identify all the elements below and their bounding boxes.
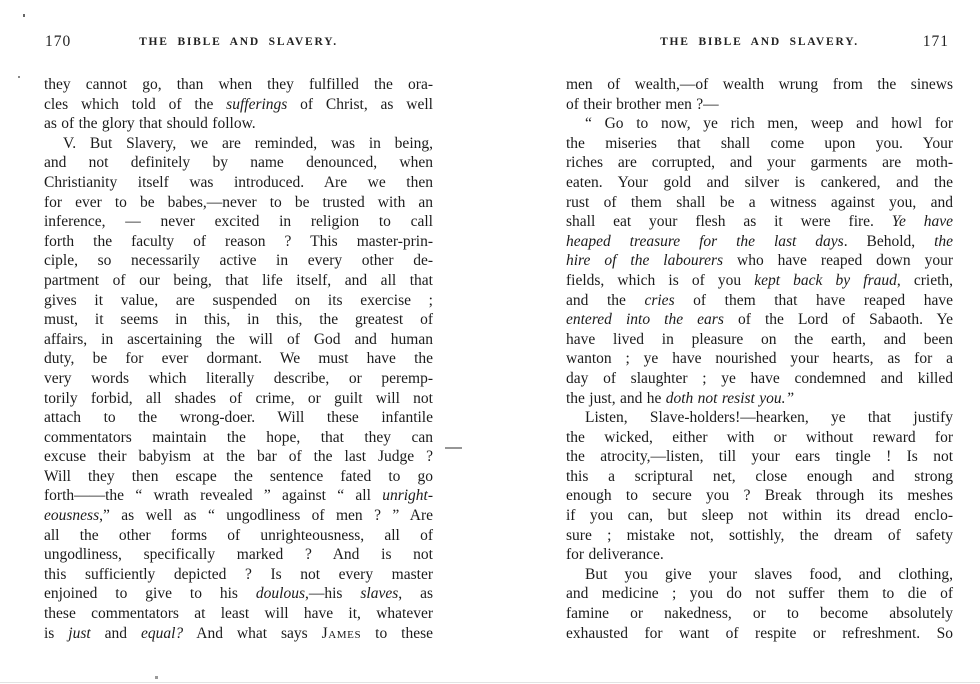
text-segment: enough to secure you ? Break through its…	[566, 487, 953, 504]
text-line: very words which literally describe, or …	[44, 369, 433, 389]
text-segment: if you can, but sleep not within its dre…	[566, 507, 953, 524]
scan-artifact-speck	[23, 14, 25, 17]
page-number-left: 170	[45, 33, 71, 51]
text-line: partment of our being, that life itself,…	[44, 271, 433, 291]
text-segment: fields, which is of you	[566, 272, 754, 289]
paragraph: “ Go to now, ye rich men, weep and howl …	[566, 114, 953, 408]
text-line: But you give your slaves food, and cloth…	[566, 565, 953, 585]
scan-artifact-gutter-dash	[445, 447, 462, 449]
text-segment: for ever to be babes,—never to be truste…	[44, 194, 433, 211]
text-segment: V. But Slavery, we are reminded, was in …	[63, 135, 433, 152]
text-segment: attach to the wrong-doer. Will these inf…	[44, 409, 433, 426]
text-line: shall eat your flesh as it were fire. Ye…	[566, 212, 953, 232]
text-line: sure ; mistake not, sottishly, the dream…	[566, 526, 953, 546]
text-line: for ever to be babes,—never to be truste…	[44, 193, 433, 213]
page-header-right: THE BIBLE AND SLAVERY. 171	[566, 36, 953, 53]
text-segment: of Christ, as well	[287, 96, 433, 113]
italic-text: unright-	[382, 487, 433, 504]
text-line: enjoined to give to his doulous,—his sla…	[44, 584, 433, 604]
text-line: commentators maintain the hope, that the…	[44, 428, 433, 448]
text-line: forth the faculty of reason ? This maste…	[44, 232, 433, 252]
italic-text: cries	[644, 292, 674, 309]
italic-text: kept back by fraud	[754, 272, 897, 289]
text-line: excuse their babyism at the bar of the l…	[44, 447, 433, 467]
text-segment: exhausted for want of respite or refresh…	[566, 625, 953, 642]
text-segment: eaten. Your gold and silver is cankered,…	[566, 174, 953, 191]
scan-artifact-speck	[18, 76, 20, 78]
book-spread: 170 THE BIBLE AND SLAVERY. they cannot g…	[0, 0, 980, 684]
italic-text: entered into the ears	[566, 311, 724, 328]
text-segment: and	[91, 625, 141, 642]
italic-text: doulous	[256, 585, 305, 602]
text-segment: But you give your slaves food, and cloth…	[585, 566, 953, 583]
text-segment: famine or nakedness, or to become absolu…	[566, 605, 953, 622]
text-segment: inference, — never excited in religion t…	[44, 213, 433, 230]
text-line: “ Go to now, ye rich men, weep and howl …	[566, 114, 953, 134]
text-segment: forth the faculty of reason ? This maste…	[44, 233, 433, 250]
text-line: of their brother men ?—	[566, 95, 953, 115]
text-line: affairs, in ascertaining the will of God…	[44, 330, 433, 350]
text-segment: Christianity itself was introduced. Are …	[44, 174, 433, 191]
italic-text: the	[934, 233, 953, 250]
running-title-right: THE BIBLE AND SLAVERY.	[566, 36, 953, 48]
text-segment: shall eat your flesh as it were fire.	[566, 213, 892, 230]
text-segment: who have reaped down your	[723, 252, 953, 269]
text-segment: they cannot go, than when they fulfilled…	[44, 76, 433, 93]
text-segment: “ Go to now, ye rich men, weep and howl …	[585, 115, 953, 132]
text-line: enough to secure you ? Break through its…	[566, 486, 953, 506]
text-line: Will they then escape the sentence fated…	[44, 467, 433, 487]
text-line: fields, which is of you kept back by fra…	[566, 271, 953, 291]
text-segment: very words which literally describe, or …	[44, 370, 433, 387]
text-line: all the other forms of unrighteousness, …	[44, 526, 433, 546]
text-segment: the just, and he	[566, 390, 666, 407]
text-segment: the atrocity,—listen, till your ears tin…	[566, 448, 953, 465]
text-line: day of slaughter ; ye have condemned and…	[566, 369, 953, 389]
text-line: men of wealth,—of wealth wrung from the …	[566, 75, 953, 95]
text-line: V. But Slavery, we are reminded, was in …	[44, 134, 433, 154]
text-segment: , crieth,	[897, 272, 953, 289]
text-segment: have lived in pleasure on the earth, and…	[566, 331, 953, 348]
text-line: have lived in pleasure on the earth, and…	[566, 330, 953, 350]
paragraph: But you give your slaves food, and cloth…	[566, 565, 953, 643]
text-segment: excuse their babyism at the bar of the l…	[44, 448, 433, 465]
text-line: this sufficiently depicted ? Is not ever…	[44, 565, 433, 585]
text-segment: duty, be for ever dormant. We must have …	[44, 350, 433, 367]
page-body-right: men of wealth,—of wealth wrung from the …	[566, 75, 953, 643]
text-segment: this a scriptural net, close enough and …	[566, 468, 953, 485]
text-segment: for deliverance.	[566, 546, 664, 563]
text-segment: of them that have reaped have	[675, 292, 953, 309]
italic-text: hire of the labourers	[566, 252, 723, 269]
text-line: duty, be for ever dormant. We must have …	[44, 349, 433, 369]
text-line: cles which told of the sufferings of Chr…	[44, 95, 433, 115]
paragraph: V. But Slavery, we are reminded, was in …	[44, 134, 433, 643]
text-segment: commentators maintain the hope, that the…	[44, 429, 433, 446]
italic-text: heaped treasure for the last days	[566, 233, 844, 250]
text-segment: sure ; mistake not, sottishly, the dream…	[566, 527, 953, 544]
text-line: gives it value, are suspended on its exe…	[44, 291, 433, 311]
text-line: famine or nakedness, or to become absolu…	[566, 604, 953, 624]
text-segment: affairs, in ascertaining the will of God…	[44, 331, 433, 348]
text-line: entered into the ears of the Lord of Sab…	[566, 310, 953, 330]
text-segment: as of the glory that should follow.	[44, 115, 256, 132]
paragraph: they cannot go, than when they fulfilled…	[44, 75, 433, 134]
text-segment: gives it value, are suspended on its exe…	[44, 292, 433, 309]
text-line: is just and equal? And what says James t…	[44, 624, 433, 644]
italic-text: Ye have	[892, 213, 953, 230]
text-segment: all the other forms of unrighteousness, …	[44, 527, 433, 544]
text-line: eaten. Your gold and silver is cankered,…	[566, 173, 953, 193]
text-line: attach to the wrong-doer. Will these inf…	[44, 408, 433, 428]
text-segment: forth——the “ wrath revealed ” against “ …	[44, 487, 382, 504]
italic-text: doth not resist you.”	[666, 390, 794, 407]
italic-text: just	[68, 625, 90, 642]
text-segment: ,—his	[305, 585, 360, 602]
text-segment: men of wealth,—of wealth wrung from the …	[566, 76, 953, 93]
text-segment: must, it seems in this, in this, the gre…	[44, 311, 433, 328]
text-line: the wicked, either with or without rewar…	[566, 428, 953, 448]
text-line: the atrocity,—listen, till your ears tin…	[566, 447, 953, 467]
page-right: THE BIBLE AND SLAVERY. 171 men of wealth…	[566, 36, 953, 643]
text-segment: these commentators at least will have it…	[44, 605, 433, 622]
scan-artifact-speck	[155, 676, 158, 679]
text-segment: . Behold,	[844, 233, 934, 250]
text-segment: wanton ; ye have nourished your hearts, …	[566, 350, 953, 367]
text-line: eousness,” as well as “ ungodliness of m…	[44, 506, 433, 526]
text-segment: riches are corrupted, and your garments …	[566, 154, 953, 171]
text-segment: the wicked, either with or without rewar…	[566, 429, 953, 446]
text-segment: of their brother men ?—	[566, 96, 719, 113]
text-line: these commentators at least will have it…	[44, 604, 433, 624]
italic-text: sufferings	[226, 96, 287, 113]
paragraph: Listen, Slave-holders!—hearken, ye that …	[566, 408, 953, 565]
text-line: riches are corrupted, and your garments …	[566, 153, 953, 173]
text-line: Christianity itself was introduced. Are …	[44, 173, 433, 193]
text-line: inference, — never excited in religion t…	[44, 212, 433, 232]
text-segment: of the Lord of Sabaoth. Ye	[724, 311, 953, 328]
text-segment: cles which told of the	[44, 96, 226, 113]
text-line: if you can, but sleep not within its dre…	[566, 506, 953, 526]
text-segment: rust of them shall be a witness against …	[566, 194, 953, 211]
text-line: for deliverance.	[566, 545, 953, 565]
text-line: hire of the labourers who have reaped do…	[566, 251, 953, 271]
text-line: Listen, Slave-holders!—hearken, ye that …	[566, 408, 953, 428]
italic-text: equal?	[141, 625, 183, 642]
text-segment: Will they then escape the sentence fated…	[44, 468, 433, 485]
page-header-left: 170 THE BIBLE AND SLAVERY.	[44, 36, 433, 53]
italic-text: eousness	[44, 507, 99, 524]
text-segment: enjoined to give to his	[44, 585, 256, 602]
text-line: rust of them shall be a witness against …	[566, 193, 953, 213]
text-segment: this sufficiently depicted ? Is not ever…	[44, 566, 433, 583]
text-line: the miseries that shall come upon you. Y…	[566, 134, 953, 154]
page-left: 170 THE BIBLE AND SLAVERY. they cannot g…	[44, 36, 433, 643]
text-line: must, it seems in this, in this, the gre…	[44, 310, 433, 330]
text-line: the just, and he doth not resist you.”	[566, 389, 953, 409]
page-number-right: 171	[923, 33, 949, 51]
italic-text: slaves	[360, 585, 398, 602]
text-line: heaped treasure for the last days. Behol…	[566, 232, 953, 252]
text-segment: to these	[361, 625, 433, 642]
text-segment: ungodliness, specifically marked ? And i…	[44, 546, 433, 563]
text-segment: Listen, Slave-holders!—hearken, ye that …	[585, 409, 953, 426]
text-segment: torily forbid, all shades of crime, or g…	[44, 390, 433, 407]
text-line: as of the glory that should follow.	[44, 114, 433, 134]
text-line: they cannot go, than when they fulfilled…	[44, 75, 433, 95]
text-line: exhausted for want of respite or refresh…	[566, 624, 953, 644]
small-caps-text: James	[322, 625, 362, 642]
text-segment: and not definitely by name denounced, wh…	[44, 154, 433, 171]
text-line: ungodliness, specifically marked ? And i…	[44, 545, 433, 565]
text-line: torily forbid, all shades of crime, or g…	[44, 389, 433, 409]
scan-artifact-edge-line	[0, 682, 980, 683]
text-segment: and the	[566, 292, 644, 309]
text-segment: partment of our being, that life itself,…	[44, 272, 433, 289]
text-line: this a scriptural net, close enough and …	[566, 467, 953, 487]
text-line: and medicine ; you do not suffer them to…	[566, 584, 953, 604]
page-body-left: they cannot go, than when they fulfilled…	[44, 75, 433, 643]
text-segment: day of slaughter ; ye have condemned and…	[566, 370, 953, 387]
paragraph: men of wealth,—of wealth wrung from the …	[566, 75, 953, 114]
text-segment: ciple, so necessarily active in every ot…	[44, 252, 433, 269]
text-segment: and medicine ; you do not suffer them to…	[566, 585, 953, 602]
text-line: and the cries of them that have reaped h…	[566, 291, 953, 311]
text-segment: ,” as well as “ ungodliness of men ? ” A…	[99, 507, 433, 524]
text-line: forth——the “ wrath revealed ” against “ …	[44, 486, 433, 506]
text-segment: the miseries that shall come upon you. Y…	[566, 135, 953, 152]
text-segment: is	[44, 625, 68, 642]
text-line: ciple, so necessarily active in every ot…	[44, 251, 433, 271]
running-title-left: THE BIBLE AND SLAVERY.	[44, 36, 433, 48]
text-segment: , as	[398, 585, 433, 602]
text-line: and not definitely by name denounced, wh…	[44, 153, 433, 173]
text-line: wanton ; ye have nourished your hearts, …	[566, 349, 953, 369]
text-segment: And what says	[183, 625, 321, 642]
